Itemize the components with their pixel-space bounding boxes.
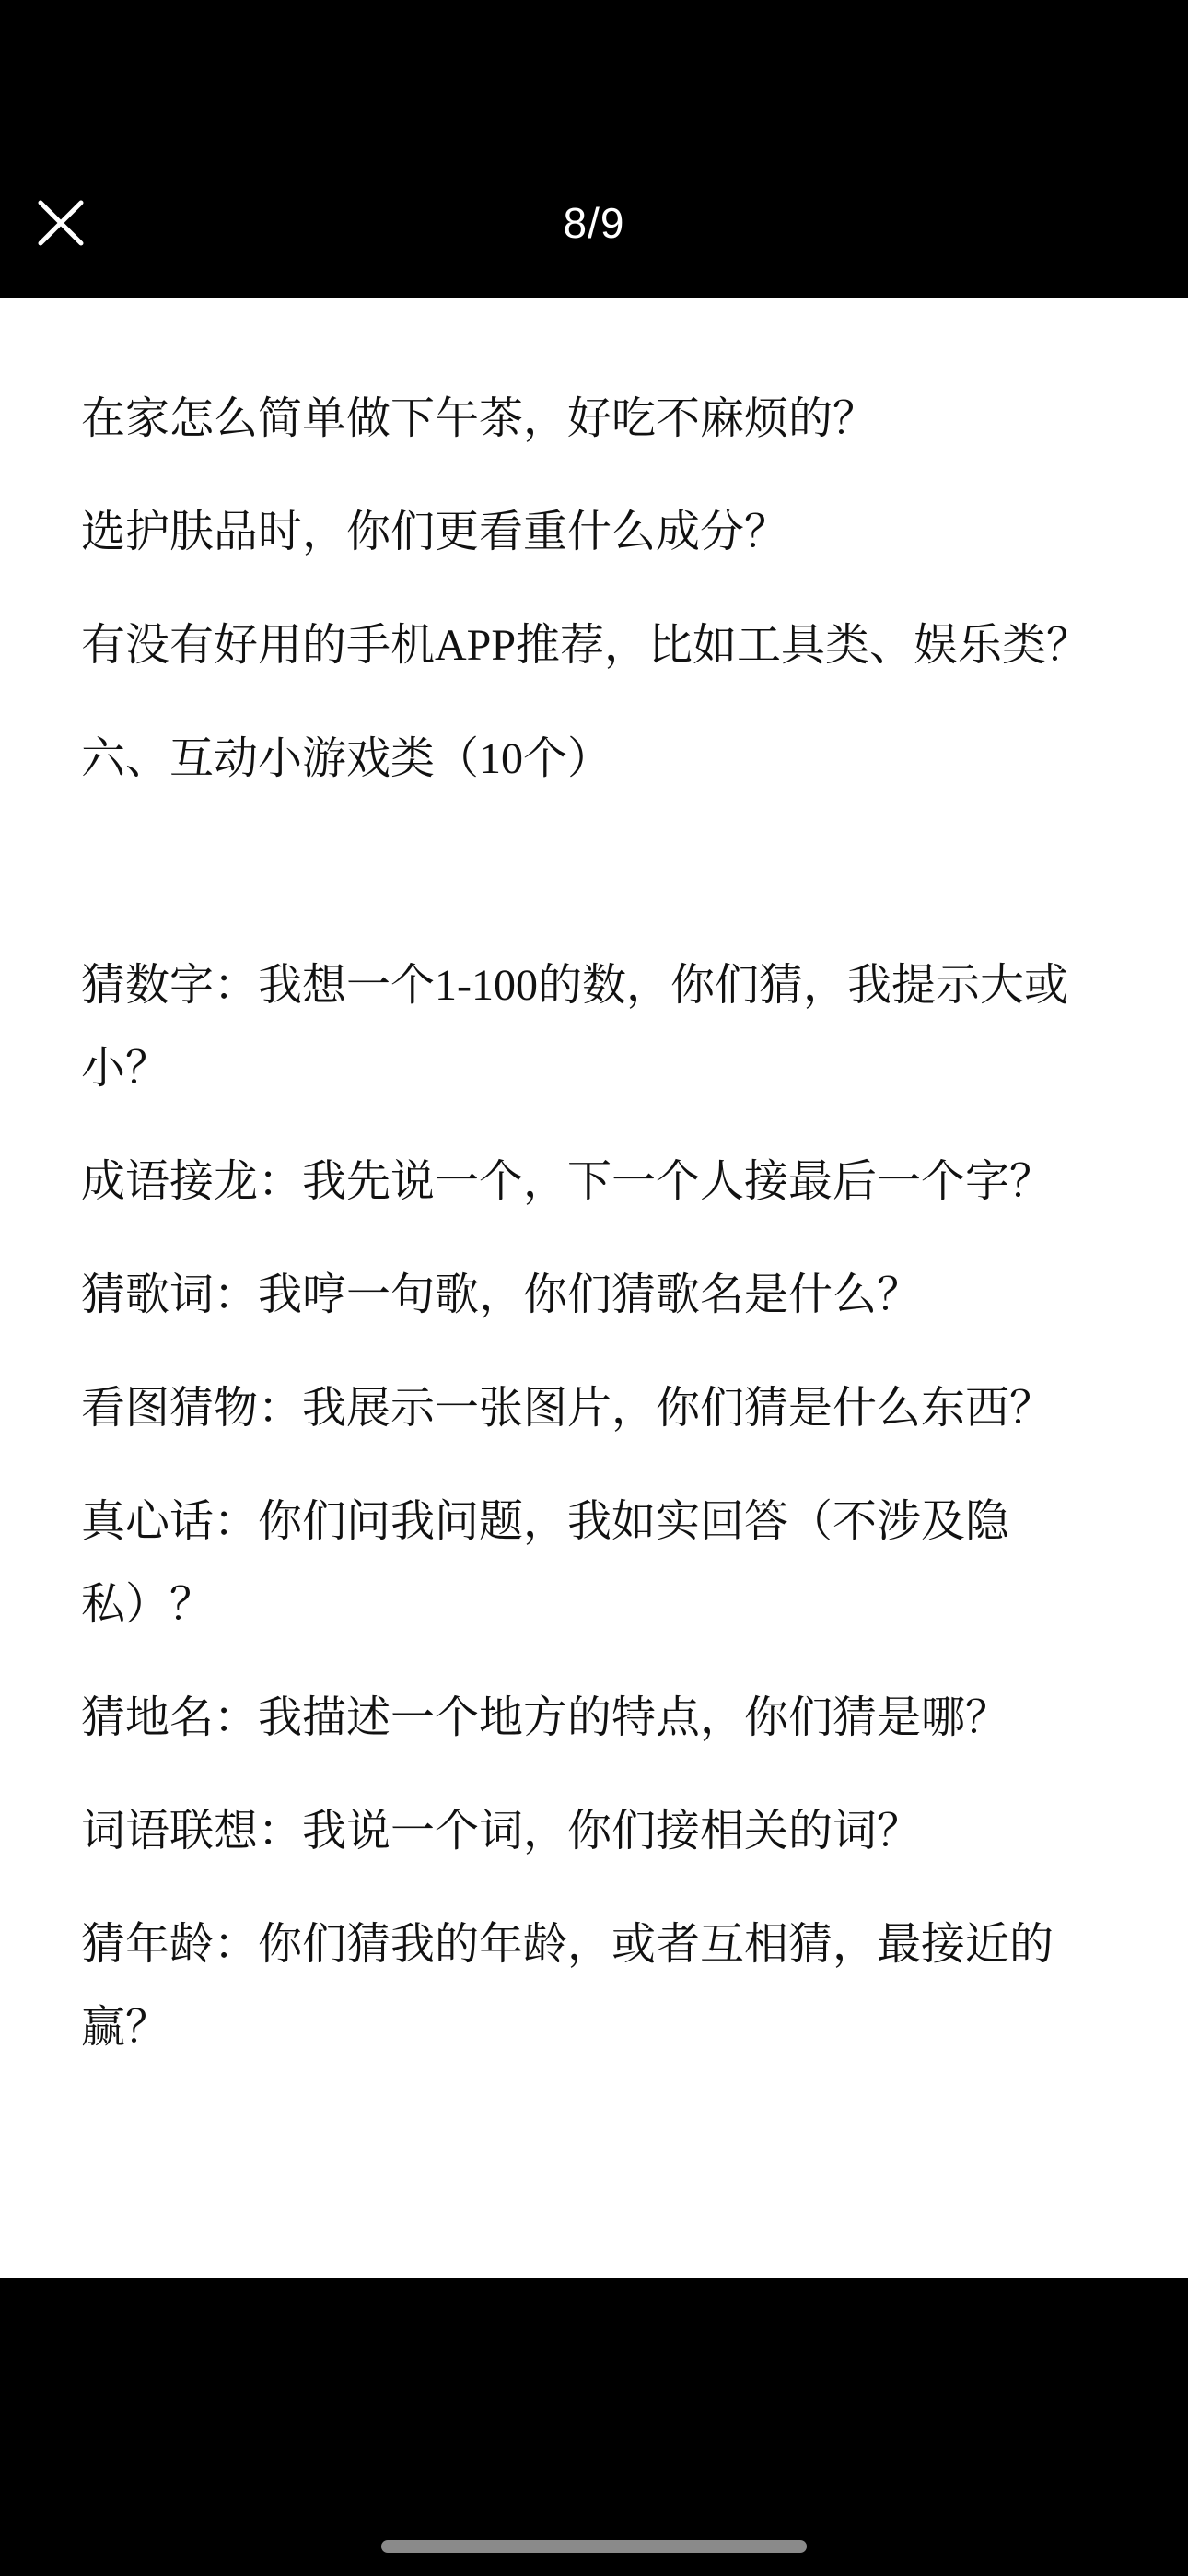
- question-app-recommendation: 有没有好用的手机APP推荐，比如工具类、娱乐类？: [81, 604, 1112, 687]
- game-guess-place: 猜地名：我描述一个地方的特点，你们猜是哪？: [81, 1677, 1112, 1760]
- question-skincare: 选护肤品时，你们更看重什么成分？: [81, 491, 1112, 574]
- question-afternoon-tea: 在家怎么简单做下午茶，好吃不麻烦的？: [81, 378, 1112, 461]
- document-text: 在家怎么简单做下午茶，好吃不麻烦的？ 选护肤品时，你们更看重什么成分？ 有没有好…: [81, 378, 1112, 2100]
- document-page[interactable]: 在家怎么简单做下午茶，好吃不麻烦的？ 选护肤品时，你们更看重什么成分？ 有没有好…: [0, 298, 1188, 2278]
- page-counter: 8/9: [0, 197, 1188, 249]
- game-word-association: 词语联想：我说一个词，你们接相关的词？: [81, 1790, 1112, 1873]
- viewer-bottom-area: [0, 2278, 1188, 2576]
- game-guess-number: 猜数字：我想一个1-100的数，你们猜，我提示大或小？: [81, 944, 1112, 1110]
- home-indicator[interactable]: [381, 2540, 807, 2553]
- section-heading-games: 六、互动小游戏类（10个）: [81, 718, 1112, 801]
- game-guess-picture: 看图猜物：我展示一张图片，你们猜是什么东西？: [81, 1367, 1112, 1450]
- game-guess-lyrics: 猜歌词：我哼一句歌，你们猜歌名是什么？: [81, 1254, 1112, 1337]
- game-idiom-chain: 成语接龙：我先说一个，下一个人接最后一个字？: [81, 1141, 1112, 1224]
- game-truth: 真心话：你们问我问题，我如实回答（不涉及隐私）？: [81, 1481, 1112, 1646]
- viewer-top-bar: 8/9: [0, 0, 1188, 298]
- game-guess-age: 猜年龄：你们猜我的年龄，或者互相猜，最接近的赢？: [81, 1903, 1112, 2069]
